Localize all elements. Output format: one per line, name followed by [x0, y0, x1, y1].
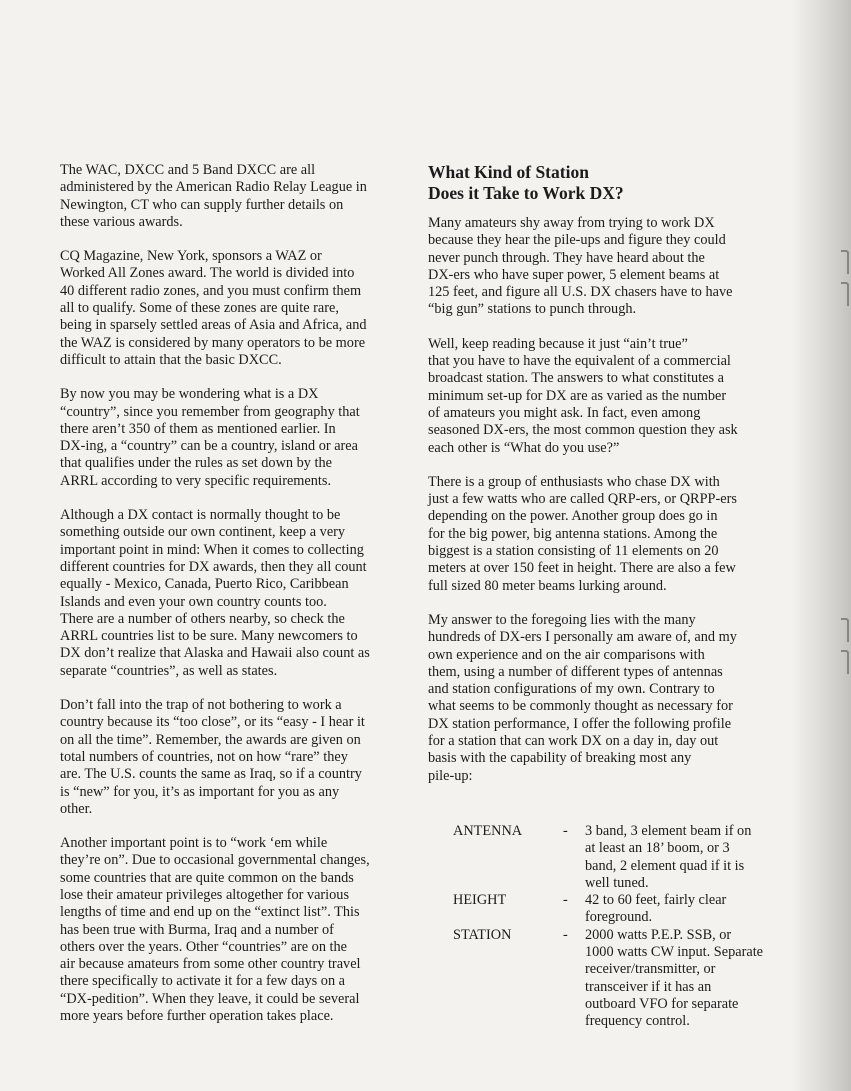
binding-mark — [841, 650, 849, 674]
text-line: There is a group of enthusiasts who chas… — [428, 474, 798, 491]
spec-row-station: STATION-2000 watts P.E.P. SSB, or1000 wa… — [453, 927, 798, 1031]
paragraph: Many amateurs shy away from trying to wo… — [428, 215, 798, 319]
text-line: Worked All Zones award. The world is div… — [60, 265, 420, 282]
text-line: total numbers of countries, not on how “… — [60, 749, 420, 766]
text-line: that you have to have the equivalent of … — [428, 353, 798, 370]
text-line: because they hear the pile-ups and figur… — [428, 232, 798, 249]
text-line: are. The U.S. counts the same as Iraq, s… — [60, 766, 420, 783]
spec-value: 2000 watts P.E.P. SSB, or1000 watts CW i… — [585, 927, 795, 1031]
text-line: depending on the power. Another group do… — [428, 508, 798, 525]
text-line: air because amateurs from some other cou… — [60, 956, 420, 973]
text-line: that qualifies under the rules as set do… — [60, 455, 420, 472]
text-line: something outside our own continent, kee… — [60, 524, 420, 541]
text-line: “country”, since you remember from geogr… — [60, 404, 420, 421]
text-line: seasoned DX-ers, the most common questio… — [428, 422, 798, 439]
text-line: basis with the capability of breaking mo… — [428, 750, 798, 767]
binding-mark — [841, 250, 849, 274]
text-line: 3 band, 3 element beam if on — [585, 823, 795, 840]
text-line: “DX-pedition”. When they leave, it could… — [60, 991, 420, 1008]
text-line: lose their amateur privileges altogether… — [60, 887, 420, 904]
heading-line: What Kind of Station — [428, 162, 798, 183]
text-line: never punch through. They have heard abo… — [428, 250, 798, 267]
text-line: difficult to attain that the basic DXCC. — [60, 352, 420, 369]
text-line: 40 different radio zones, and you must c… — [60, 283, 420, 300]
left-column: The WAC, DXCC and 5 Band DXCC are alladm… — [60, 162, 420, 1042]
station-profile-table: ANTENNA-3 band, 3 element beam if onat l… — [453, 823, 798, 1031]
text-line: others over the years. Other “countries”… — [60, 939, 420, 956]
text-line: there aren’t 350 of them as mentioned ea… — [60, 421, 420, 438]
text-line: being in sparsely settled areas of Asia … — [60, 317, 420, 334]
text-line: more years before further operation take… — [60, 1008, 420, 1025]
text-line: DX station performance, I offer the foll… — [428, 716, 798, 733]
binding-mark — [841, 618, 849, 642]
text-line: them, using a number of different types … — [428, 664, 798, 681]
spec-dash: - — [563, 927, 585, 1031]
text-line: My answer to the foregoing lies with the… — [428, 612, 798, 629]
text-line: Newington, CT who can supply further det… — [60, 197, 420, 214]
text-line: at least an 18’ boom, or 3 — [585, 840, 795, 857]
text-line: meters at over 150 feet in height. There… — [428, 560, 798, 577]
paragraph: Well, keep reading because it just “ain’… — [428, 336, 798, 457]
text-line: they’re on”. Due to occasional governmen… — [60, 852, 420, 869]
text-line: Another important point is to “work ‘em … — [60, 835, 420, 852]
paragraph: The WAC, DXCC and 5 Band DXCC are alladm… — [60, 162, 420, 231]
text-line: 1000 watts CW input. Separate — [585, 944, 795, 961]
text-line: The WAC, DXCC and 5 Band DXCC are all — [60, 162, 420, 179]
text-line: hundreds of DX-ers I personally am aware… — [428, 629, 798, 646]
section-heading: What Kind of Station Does it Take to Wor… — [428, 162, 798, 203]
text-line: each other is “What do you use?” — [428, 440, 798, 457]
paragraph: Another important point is to “work ‘em … — [60, 835, 420, 1025]
text-line: frequency control. — [585, 1013, 795, 1030]
text-line: own experience and on the air comparison… — [428, 647, 798, 664]
text-line: foreground. — [585, 909, 795, 926]
text-line: other. — [60, 801, 420, 818]
text-line: Many amateurs shy away from trying to wo… — [428, 215, 798, 232]
text-line: ARRL according to very specific requirem… — [60, 473, 420, 490]
text-line: “big gun” stations to punch through. — [428, 301, 798, 318]
spec-dash: - — [563, 892, 585, 927]
text-line: these various awards. — [60, 214, 420, 231]
text-line: different countries for DX awards, then … — [60, 559, 420, 576]
paragraph: There is a group of enthusiasts who chas… — [428, 474, 798, 595]
text-line: 42 to 60 feet, fairly clear — [585, 892, 795, 909]
text-line: lengths of time and end up on the “extin… — [60, 904, 420, 921]
text-line: 2000 watts P.E.P. SSB, or — [585, 927, 795, 944]
spec-value: 42 to 60 feet, fairly clearforeground. — [585, 892, 795, 927]
text-line: There are a number of others nearby, so … — [60, 611, 420, 628]
right-column: What Kind of Station Does it Take to Wor… — [428, 162, 798, 1030]
text-line: there specifically to activate it for a … — [60, 973, 420, 990]
text-line: pile-up: — [428, 768, 798, 785]
text-line: and station configurations of my own. Co… — [428, 681, 798, 698]
text-line: Don’t fall into the trap of not botherin… — [60, 697, 420, 714]
text-line: the WAZ is considered by many operators … — [60, 335, 420, 352]
text-line: on all the time”. Remember, the awards a… — [60, 732, 420, 749]
text-line: full sized 80 meter beams lurking around… — [428, 578, 798, 595]
text-line: all to qualify. Some of these zones are … — [60, 300, 420, 317]
text-line: biggest is a station consisting of 11 el… — [428, 543, 798, 560]
text-line: receiver/transmitter, or — [585, 961, 795, 978]
spec-dash: - — [563, 823, 585, 892]
text-line: for the big power, big antenna stations.… — [428, 526, 798, 543]
spec-value: 3 band, 3 element beam if onat least an … — [585, 823, 795, 892]
text-line: outboard VFO for separate — [585, 996, 795, 1013]
text-line: well tuned. — [585, 875, 795, 892]
text-line: ARRL countries list to be sure. Many new… — [60, 628, 420, 645]
spec-label: ANTENNA — [453, 823, 563, 892]
text-line: band, 2 element quad if it is — [585, 858, 795, 875]
text-line: administered by the American Radio Relay… — [60, 179, 420, 196]
text-line: equally - Mexico, Canada, Puerto Rico, C… — [60, 576, 420, 593]
text-line: country because its “too close”, or its … — [60, 714, 420, 731]
text-line: By now you may be wondering what is a DX — [60, 386, 420, 403]
text-line: important point in mind: When it comes t… — [60, 542, 420, 559]
text-line: 125 feet, and figure all U.S. DX chasers… — [428, 284, 798, 301]
paragraph: CQ Magazine, New York, sponsors a WAZ or… — [60, 248, 420, 369]
spec-row-height: HEIGHT-42 to 60 feet, fairly clearforegr… — [453, 892, 798, 927]
binding-mark — [841, 282, 849, 306]
spec-row-antenna: ANTENNA-3 band, 3 element beam if onat l… — [453, 823, 798, 892]
text-line: what seems to be commonly thought as nec… — [428, 698, 798, 715]
text-line: some countries that are quite common on … — [60, 870, 420, 887]
text-line: has been true with Burma, Iraq and a num… — [60, 922, 420, 939]
page-edge-shadow — [791, 0, 851, 1091]
text-line: is “new” for you, it’s as important for … — [60, 784, 420, 801]
text-line: CQ Magazine, New York, sponsors a WAZ or — [60, 248, 420, 265]
text-line: just a few watts who are called QRP-ers,… — [428, 491, 798, 508]
text-line: transceiver if it has an — [585, 979, 795, 996]
text-line: for a station that can work DX on a day … — [428, 733, 798, 750]
paragraph: By now you may be wondering what is a DX… — [60, 386, 420, 490]
paragraph: Don’t fall into the trap of not botherin… — [60, 697, 420, 818]
text-line: of amateurs you might ask. In fact, even… — [428, 405, 798, 422]
paragraph: My answer to the foregoing lies with the… — [428, 612, 798, 785]
text-line: broadcast station. The answers to what c… — [428, 370, 798, 387]
heading-line: Does it Take to Work DX? — [428, 183, 798, 204]
text-line: DX don’t realize that Alaska and Hawaii … — [60, 645, 420, 662]
spec-label: HEIGHT — [453, 892, 563, 927]
text-line: separate “countries”, as well as states. — [60, 663, 420, 680]
text-line: DX-ers who have super power, 5 element b… — [428, 267, 798, 284]
text-line: minimum set-up for DX are as varied as t… — [428, 388, 798, 405]
text-line: Islands and even your own country counts… — [60, 594, 420, 611]
text-line: Well, keep reading because it just “ain’… — [428, 336, 798, 353]
text-line: Although a DX contact is normally though… — [60, 507, 420, 524]
spec-label: STATION — [453, 927, 563, 1031]
paragraph: Although a DX contact is normally though… — [60, 507, 420, 680]
text-line: DX-ing, a “country” can be a country, is… — [60, 438, 420, 455]
